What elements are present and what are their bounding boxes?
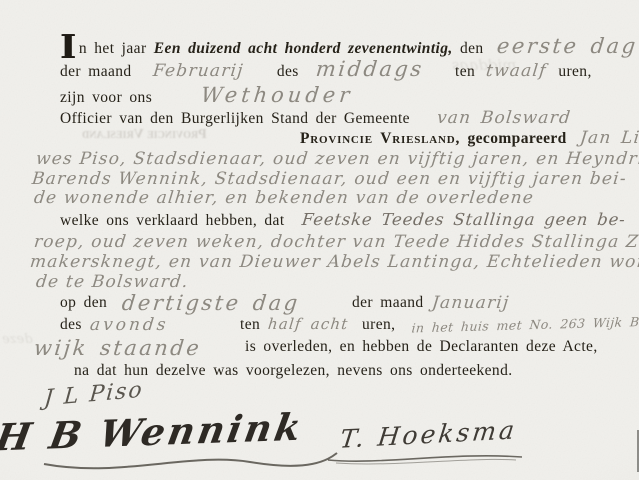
bleedthrough-ghost-left: deze: [2, 332, 33, 347]
printed-des-2: des: [60, 316, 82, 334]
scanned-death-certificate: Provincie Vriesland middags deze In het …: [0, 0, 639, 480]
printed-uren-2: uren,: [362, 316, 395, 334]
printed-der-maand-2: der maand: [352, 294, 424, 312]
handwritten-declarant-3: de wonende alhier, en bekenden van de ov…: [33, 188, 535, 208]
printed-zijn-voor-ons: zijn voor ons: [60, 89, 152, 106]
handwritten-day: eerste dag: [496, 34, 639, 58]
line-sterfuur: des avonds ten half acht uren, in het hu…: [60, 316, 639, 338]
handwritten-hour: twaalf: [485, 61, 548, 81]
line-verklaring: welke ons verklaard hebben, dat Feetske …: [60, 210, 625, 230]
handwritten-month: Februarij: [152, 61, 245, 81]
printed-provincie-vriesland: Provincie Vriesland,: [300, 130, 460, 147]
line-declarant-1: wes Piso, Stadsdienaar, oud zeven en vij…: [36, 149, 639, 169]
line-sterfdag: op den dertigste dag der maand Januarij: [60, 294, 639, 316]
printed-ten: ten: [455, 63, 475, 80]
line-declarant-2: Barends Wennink, Stadsdienaar, oud een e…: [32, 169, 627, 189]
printed-gecompareerd: gecompareerd: [468, 130, 567, 147]
printed-der-maand: der maand: [60, 63, 132, 80]
printed-uren: uren,: [558, 63, 591, 80]
line-overledene-2: makersknegt, en van Dieuwer Abels Lantin…: [30, 252, 639, 272]
printed-welke-ons: welke ons verklaard hebben, dat: [60, 212, 285, 229]
handwritten-overledene-naam: Feetske Teedes Stallinga geen be-: [301, 210, 627, 229]
handwritten-sterfmaand: Januarij: [431, 293, 511, 313]
handwritten-official-title: Wethouder: [200, 83, 355, 107]
handwritten-adres: in het huis met No. 263 Wijk B. op de Sc…: [411, 312, 639, 336]
line-gemeente: Officier van den Burgerlijken Stand der …: [60, 108, 571, 128]
signature-piso: J L Piso: [43, 378, 145, 412]
line-provincie: Provincie Vriesland, gecompareerd Jan Li…: [60, 128, 639, 148]
line-overleden: wijk staande is overleden, en hebben de …: [60, 338, 639, 360]
handwritten-uur: half acht: [267, 315, 349, 333]
printed-officier-gemeente: Officier van den Burgerlijken Stand der …: [60, 110, 410, 127]
handwritten-declarant-1: wes Piso, Stadsdienaar, oud zeven en vij…: [35, 149, 639, 169]
printed-year-suffix: den: [460, 40, 484, 57]
handwritten-declarant-2: Barends Wennink, Stadsdienaar, oud een e…: [31, 169, 628, 189]
line-month-time: der maand Februarij des middags ten twaa…: [60, 57, 592, 81]
printed-is-overleden: is overleden, en hebben de Declaranten d…: [245, 338, 598, 356]
handwritten-daypart: middags: [315, 57, 425, 81]
line-overledene-1: roep, oud zeven weken, dochter van Teede…: [34, 232, 639, 252]
printed-voorgelezen: na dat hun dezelve was voorgelezen, neve…: [74, 362, 513, 379]
printed-year-prefix: n het jaar: [79, 40, 147, 57]
handwritten-overledene-2: makersknegt, en van Dieuwer Abels Lantin…: [29, 252, 639, 272]
signature-hoeksma: T. Hoeksma: [338, 415, 518, 453]
printed-op-den: op den: [60, 294, 107, 312]
handwritten-sterfdag: dertigste dag: [121, 291, 301, 315]
signature-wennink: H B Wennink: [0, 404, 307, 459]
handwritten-avonds: avonds: [89, 315, 170, 335]
handwritten-gemeente-naam: van Bolsward: [436, 108, 572, 128]
line-declarant-3: de wonende alhier, en bekenden van de ov…: [34, 188, 534, 208]
handwritten-adres-vervolg: wijk staande: [33, 336, 203, 360]
printed-ten-2: ten: [240, 316, 260, 334]
line-overledene-3: de te Bolsward.: [36, 272, 189, 292]
printed-des: des: [277, 63, 299, 80]
handwritten-declarant-start: Jan Lieu: [579, 128, 639, 148]
handwritten-overledene-1: roep, oud zeven weken, dochter van Teede…: [33, 232, 639, 252]
line-official: zijn voor ons Wethouder: [60, 83, 354, 107]
line-year: In het jaar Een duizend acht honderd zev…: [60, 29, 637, 58]
handwritten-overledene-3: de te Bolsward.: [35, 272, 190, 292]
printed-year-emphasis: Een duizend acht honderd zevenentwintig,: [154, 40, 453, 57]
